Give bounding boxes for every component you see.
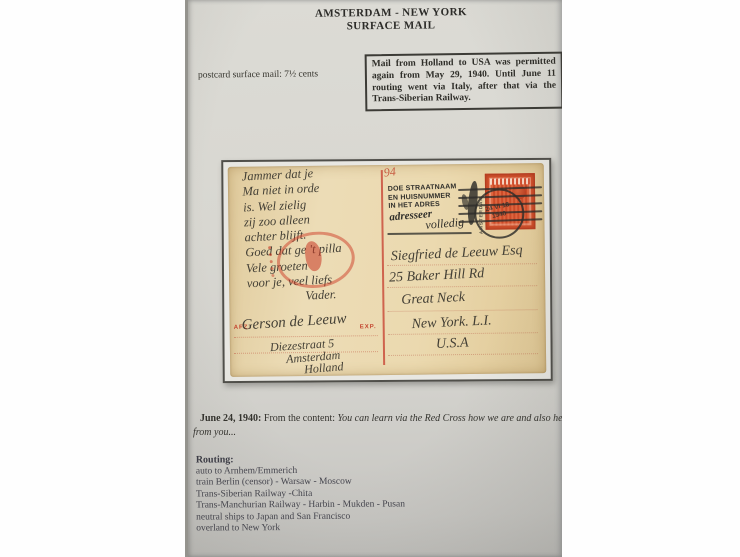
slogan-script-word2: volledig [425, 215, 465, 233]
censor-stamp-core [304, 240, 323, 272]
address-rule-line [387, 309, 537, 312]
datestamp-city: AMSTERDAM [478, 196, 483, 234]
address-street: 25 Baker Hill Rd [389, 266, 485, 286]
address-state: New York. L.I. [411, 313, 492, 333]
address-name: Siegfried de Leeuw Esq [391, 243, 523, 265]
caption-line1: June 24, 1940: From the content: You can… [200, 413, 562, 424]
postcard: Jammer dat je Ma niet in orde is. Wel zi… [228, 163, 547, 377]
postage-stamp-band [490, 178, 530, 184]
slogan-underline [388, 232, 472, 235]
sender-country: Holland [304, 359, 344, 377]
address-rule-line [388, 332, 538, 335]
sender-name: Gerson de Leeuw [241, 311, 347, 335]
slogan-cancel: DOE STRAATNAAM EN HUISNUMMER IN HET ADRE… [388, 183, 458, 211]
routing-line: overland to New York [196, 522, 405, 534]
postcard-mount: Jammer dat je Ma niet in orde is. Wel zi… [221, 158, 553, 383]
info-box: Mail from Holland to USA was permitted a… [365, 52, 562, 112]
address-country: U.S.A [436, 335, 469, 353]
caption-line2: from you... [193, 427, 236, 438]
rate-note: postcard surface mail: 7½ cents [198, 69, 318, 80]
caption-date: June 24, 1940: [200, 413, 261, 424]
screenshot-canvas: AMSTERDAM - NEW YORK SURFACE MAIL postca… [0, 0, 740, 557]
card-divider-line [381, 170, 385, 365]
routing-line: Trans-Manchurian Railway - Harbin - Mukd… [196, 500, 405, 512]
datestamp-circle: AMSTERDAM 24 VI 18 1940 [474, 188, 525, 239]
printed-exp-label: EXP. [360, 324, 377, 330]
routing-heading: Routing: [196, 453, 405, 466]
datestamp-date: 24 VI 18 1940 [485, 201, 512, 222]
routing-block: Routing: auto to Arnhem/Emmerich train B… [196, 453, 405, 535]
page-title-line2: SURFACE MAIL [204, 18, 562, 35]
collector-number: 94 [383, 164, 397, 180]
address-town: Great Neck [401, 290, 465, 309]
caption-quote: You can learn via the Red Cross how we a… [338, 413, 562, 424]
album-page-photo: AMSTERDAM - NEW YORK SURFACE MAIL postca… [185, 0, 562, 557]
caption-intro: From the content: [261, 413, 337, 424]
address-rule-line [388, 353, 538, 356]
page-title: AMSTERDAM - NEW YORK SURFACE MAIL [188, 5, 562, 35]
